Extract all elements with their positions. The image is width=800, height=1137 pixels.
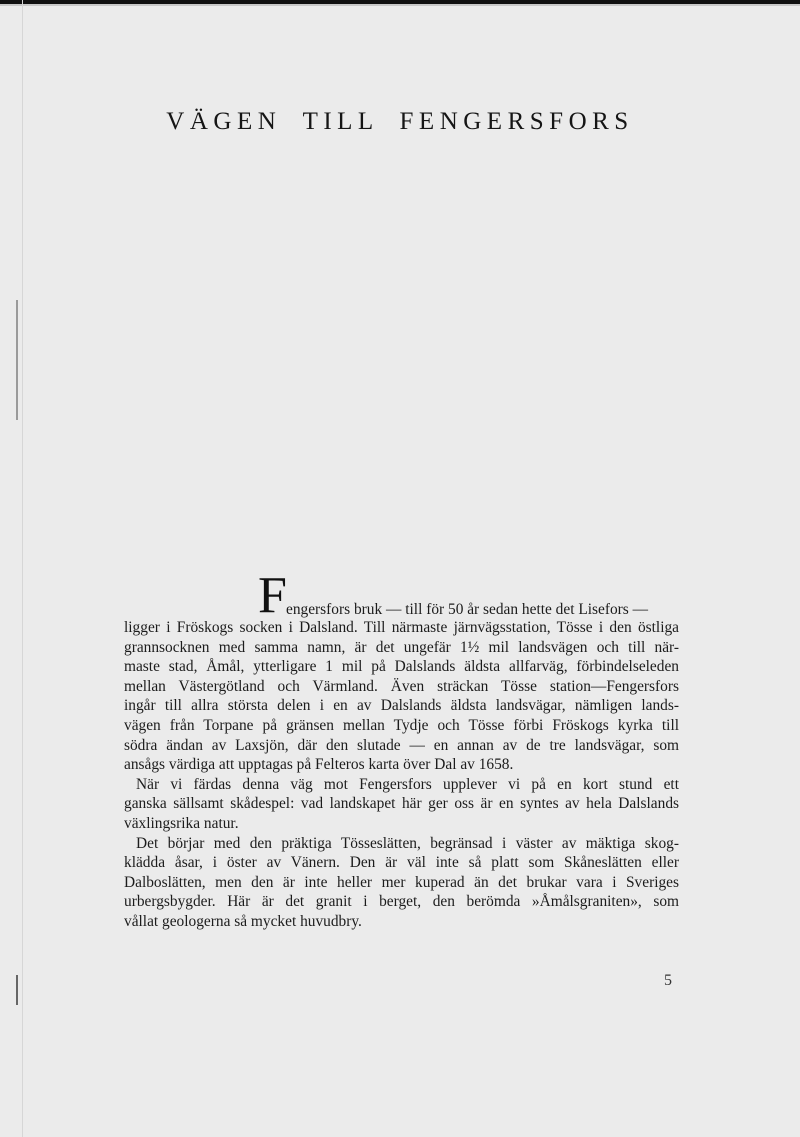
paragraph-2: När vi färdas denna väg mot Fengersfors … [124,775,679,834]
text-line: ganska sällsamt skådespel: vad landskape… [124,794,679,814]
body-text: F engersfors bruk — till för 50 år sedan… [124,578,679,932]
page-number: 5 [664,972,672,990]
opening-line-text: engersfors bruk — till för 50 år sedan h… [286,600,648,620]
text-line: ingår till allra största delen i en av D… [124,696,679,716]
text-line: När vi färdas denna väg mot Fengersfors … [124,775,679,795]
text-line: växlingsrika natur. [124,814,679,834]
paragraph-3: Det börjar med den präktiga Tösseslätten… [124,834,679,932]
text-line: södra ändan av Laxsjön, där den slutade … [124,736,679,756]
text-line: grannsocknen med samma namn, är det unge… [124,638,679,658]
text-line: klädda åsar, i öster av Vänern. Den är v… [124,853,679,873]
text-line: Dalboslätten, men den är inte heller mer… [124,873,679,893]
paragraph-1: ligger i Fröskogs socken i Dalsland. Til… [124,618,679,775]
text-line: maste stad, Åmål, ytterligare 1 mil på D… [124,657,679,677]
opening-line: F engersfors bruk — till för 50 år sedan… [124,578,679,618]
text-line: vägen från Torpane på gränsen mellan Tyd… [124,716,679,736]
scan-margin-mark [16,300,18,420]
text-line: Det börjar med den präktiga Tösseslätten… [124,834,679,854]
text-line: ligger i Fröskogs socken i Dalsland. Til… [124,618,679,638]
text-line: vållat geologerna så mycket huvudbry. [124,912,679,932]
page-gutter-line [22,0,23,1137]
page-top-edge-shadow [0,4,800,6]
text-line: urbergsbygder. Här är det granit i berge… [124,892,679,912]
scan-margin-mark [16,975,18,1005]
chapter-title: VÄGEN TILL FENGERSFORS [0,108,800,136]
text-line: mellan Västergötland och Värmland. Även … [124,677,679,697]
text-line: ansågs värdiga att upptagas på Felteros … [124,755,679,775]
drop-cap: F [258,574,287,618]
